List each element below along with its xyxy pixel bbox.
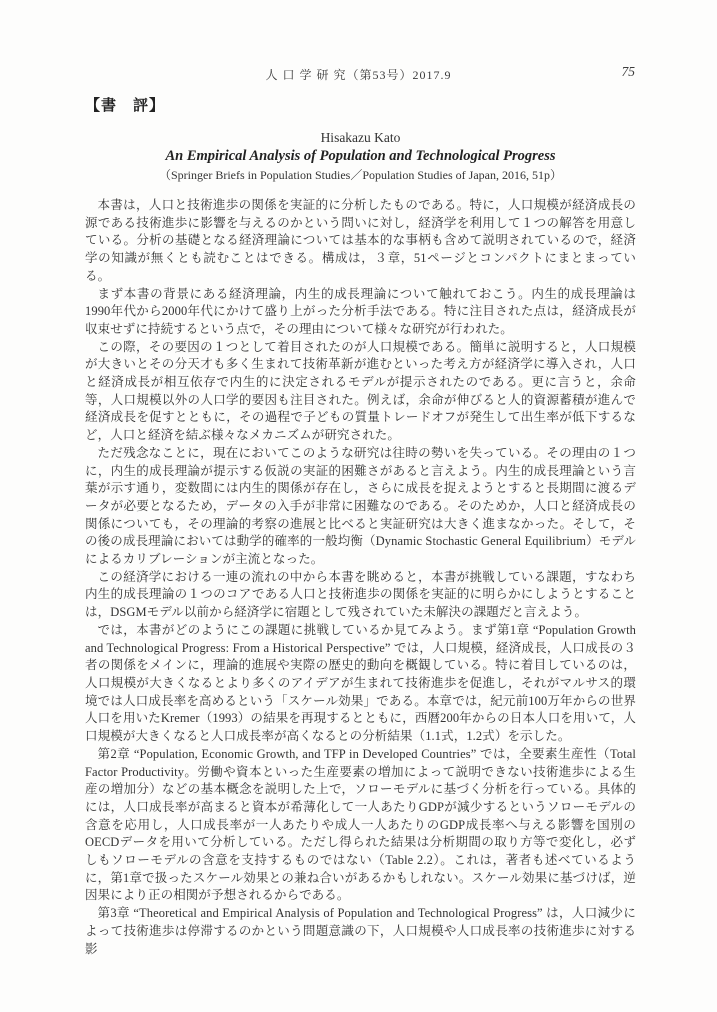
review-book-title: An Empirical Analysis of Population and … (85, 147, 636, 165)
section-label: 【書 評】 (85, 94, 165, 115)
paragraph-3: この際，その要因の１つとして着目されたのが人口規模である。簡単に説明すると，人口… (85, 339, 636, 445)
paragraph-2: まず本書の背景にある経済理論，内生的成長理論について触れておこう。内生的成長理論… (85, 286, 636, 339)
document-page: 人 口 学 研 究（第53号）2017.9 75 【書 評】 Hisakazu … (0, 0, 717, 1012)
paragraph-7: 第2章 “Population, Economic Growth, and TF… (85, 746, 636, 905)
page-number: 75 (622, 64, 636, 80)
review-body: 本書は，人口と技術進歩の関係を実証的に分析したものである。特に，人口規模が経済成… (85, 197, 636, 958)
paragraph-1: 本書は，人口と技術進歩の関係を実証的に分析したものである。特に，人口規模が経済成… (85, 197, 636, 286)
journal-header: 人 口 学 研 究（第53号）2017.9 (0, 66, 717, 83)
review-publication-info: （Springer Briefs in Population Studies／P… (85, 167, 636, 183)
paragraph-6: では，本書がどのようにこの課題に挑戦しているか見てみよう。まず第1章 “Popu… (85, 622, 636, 746)
paragraph-8: 第3章 “Theoretical and Empirical Analysis … (85, 905, 636, 958)
review-author: Hisakazu Kato (85, 129, 636, 146)
paragraph-4: ただ残念なことに，現在においてこのような研究は往時の勢いを失っている。その理由の… (85, 445, 636, 569)
review-heading: Hisakazu Kato An Empirical Analysis of P… (85, 129, 636, 183)
paragraph-5: この経済学における一連の流れの中から本書を眺めると，本書が挑戦している課題，すな… (85, 569, 636, 622)
